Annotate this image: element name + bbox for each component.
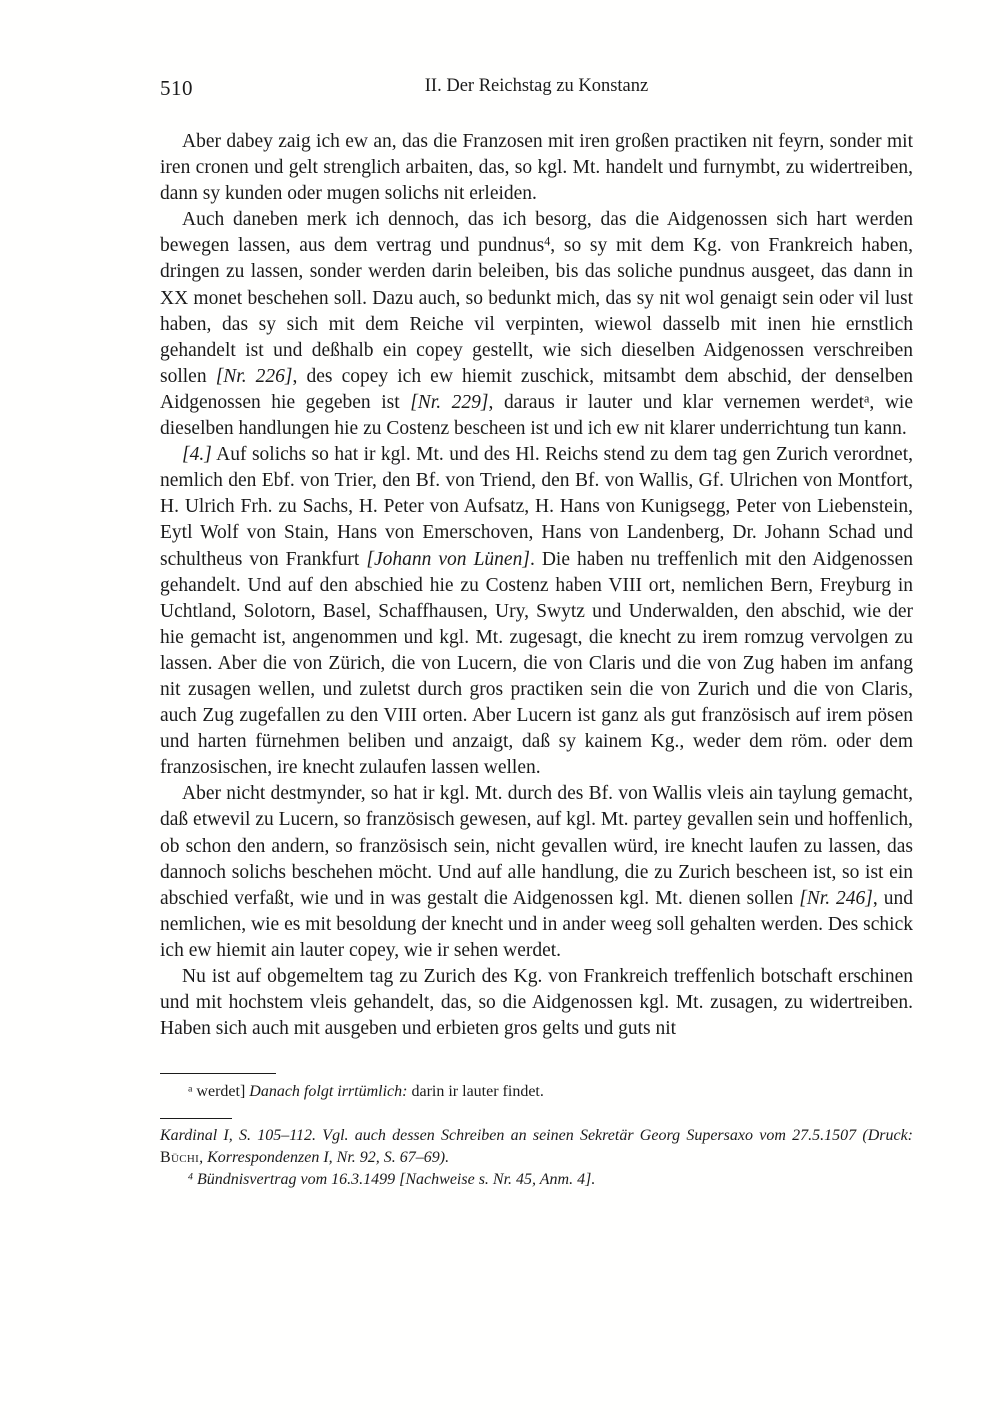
text-run: . Die haben nu treffenlich mit den Aidge…	[160, 549, 913, 779]
book-page: 510 II. Der Reichstag zu Konstanz Aber d…	[0, 0, 1004, 1418]
footnote-4: 4 Bündnisvertrag vom 16.3.1499 [Nachweis…	[160, 1169, 913, 1191]
footnote-text: , Korrespondenzen I, Nr. 92, S. 67–69).	[199, 1149, 449, 1166]
text-run: Aber dabey zaig ich ew an, das die Franz…	[160, 131, 913, 204]
paragraph-4: Aber nicht destmynder, so hat ir kgl. Mt…	[160, 781, 913, 964]
footnote-text: Bündnisvertrag vom 16.3.1499 [Nachweise …	[193, 1171, 595, 1188]
nr-226-reference: [Nr. 226]	[216, 366, 293, 387]
text-run: , daraus ir lauter und klar vernemen wer…	[489, 392, 865, 413]
continuation-footnote: Kardinal I, S. 105–112. Vgl. auch dessen…	[160, 1125, 913, 1169]
section-number: [4.]	[182, 444, 212, 465]
paragraph-5: Nu ist auf obgemeltem tag zu Zurich des …	[160, 964, 913, 1042]
running-title: II. Der Reichstag zu Konstanz	[160, 76, 913, 97]
paragraph-2: Auch daneben merk ich dennoch, das ich b…	[160, 207, 913, 442]
author-name-smallcaps: Büchi	[160, 1149, 199, 1166]
footnote-text: Kardinal I, S. 105–112. Vgl. auch dessen…	[160, 1127, 913, 1144]
nr-246-reference: [Nr. 246]	[799, 888, 873, 909]
text-run: Nu ist auf obgemeltem tag zu Zurich des …	[160, 966, 913, 1039]
text-run: , so sy mit dem Kg. von Frankreich haben…	[160, 235, 913, 386]
johann-von-luenen-reference: [Johann von Lünen]	[366, 549, 530, 570]
footnote-continuation-rule	[160, 1118, 232, 1119]
paragraph-3: [4.] Auf solichs so hat ir kgl. Mt. und …	[160, 442, 913, 781]
page-number: 510	[160, 76, 193, 101]
apparatus-footnote-a: a werdet] Danach folgt irrtümlich: darin…	[160, 1081, 913, 1103]
text-block: 510 II. Der Reichstag zu Konstanz Aber d…	[160, 0, 913, 1191]
editorial-comment: Danach folgt irrtümlich:	[249, 1083, 407, 1100]
page-header: 510 II. Der Reichstag zu Konstanz	[160, 0, 913, 102]
footnote-lemma: werdet]	[192, 1083, 249, 1100]
footnote-area: a werdet] Danach folgt irrtümlich: darin…	[160, 1073, 913, 1191]
footnote-text: darin ir lauter findet.	[407, 1083, 543, 1100]
nr-229-reference: [Nr. 229]	[410, 392, 488, 413]
paragraph-1: Aber dabey zaig ich ew an, das die Franz…	[160, 129, 913, 207]
footnote-separator-rule	[160, 1073, 276, 1074]
document-body: Aber dabey zaig ich ew an, das die Franz…	[160, 129, 913, 1042]
